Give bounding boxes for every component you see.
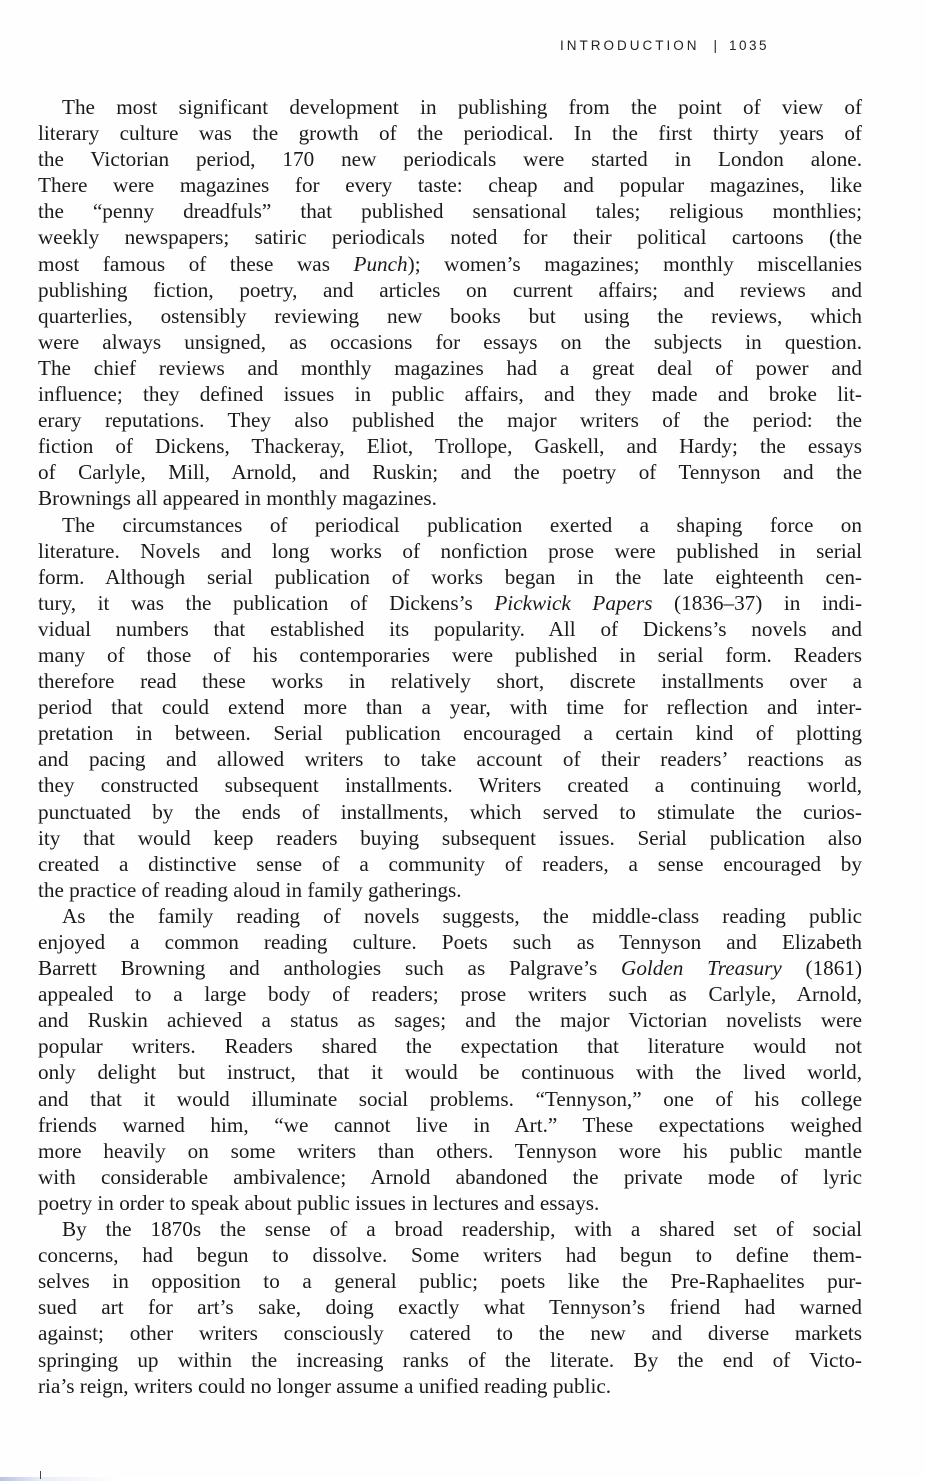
text-line: the Victorian period, 170 new periodical… [38,146,862,172]
text-line: Brownings all appeared in monthly magazi… [38,485,862,511]
text-line: appealed to a large body of readers; pro… [38,981,862,1007]
text-line: against; other writers consciously cater… [38,1320,862,1346]
text-line: friends warned him, “we cannot live in A… [38,1112,862,1138]
text-line: literature. Novels and long works of non… [38,538,862,564]
text-line: created a distinctive sense of a communi… [38,851,862,877]
text-line: more heavily on some writers than others… [38,1138,862,1164]
text-line: only delight but instruct, that it would… [38,1059,862,1085]
text-line: The most significant development in publ… [38,94,862,120]
text-line: selves in opposition to a general public… [38,1268,862,1294]
text-line: poetry in order to speak about public is… [38,1190,862,1216]
text-line: period that could extend more than a yea… [38,694,862,720]
text-line: with considerable ambivalence; Arnold ab… [38,1164,862,1190]
text-line: and Ruskin achieved a status as sages; a… [38,1007,862,1033]
text-line: of Carlyle, Mill, Arnold, and Ruskin; an… [38,459,862,485]
paragraph: The circumstances of periodical publicat… [38,512,862,903]
text-line: many of those of his contemporaries were… [38,642,862,668]
text-line: erary reputations. They also published t… [38,407,862,433]
text-line: and that it would illuminate social prob… [38,1086,862,1112]
text-line: sued art for art’s sake, doing exactly w… [38,1294,862,1320]
text-line: and pacing and allowed writers to take a… [38,746,862,772]
text-line: concerns, had begun to dissolve. Some wr… [38,1242,862,1268]
text-line: therefore read these works in relatively… [38,668,862,694]
text-line: ity that would keep readers buying subse… [38,825,862,851]
text-line: enjoyed a common reading culture. Poets … [38,929,862,955]
text-line: pretation in between. Serial publication… [38,720,862,746]
paragraph: As the family reading of novels suggests… [38,903,862,1216]
italic-title: Golden Treasury [621,956,782,980]
text-line: quarterlies, ostensibly reviewing new bo… [38,303,862,329]
text-line: weekly newspapers; satiric periodicals n… [38,224,862,250]
italic-title: Punch [354,252,408,276]
text-line: By the 1870s the sense of a broad reader… [38,1216,862,1242]
scan-edge [0,1477,925,1481]
text-line: fiction of Dickens, Thackeray, Eliot, Tr… [38,433,862,459]
text-line: were always unsigned, as occasions for e… [38,329,862,355]
text-line: the “penny dreadfuls” that published sen… [38,198,862,224]
paragraph: By the 1870s the sense of a broad reader… [38,1216,862,1399]
text-line: influence; they defined issues in public… [38,381,862,407]
text-line: punctuated by the ends of installments, … [38,799,862,825]
text-line: popular writers. Readers shared the expe… [38,1033,862,1059]
text-line: ria’s reign, writers could no longer ass… [38,1373,862,1399]
text-line: tury, it was the publication of Dickens’… [38,590,862,616]
text-line: form. Although serial publication of wor… [38,564,862,590]
page-number: 1035 [729,38,769,53]
paragraph: The most significant development in publ… [38,94,862,512]
header-separator: | [714,38,718,53]
text-line: As the family reading of novels suggests… [38,903,862,929]
text-line: the practice of reading aloud in family … [38,877,862,903]
text-line: literary culture was the growth of the p… [38,120,862,146]
running-head: INTRODUCTION|1035 [560,38,860,53]
text-line: Barrett Browning and anthologies such as… [38,955,862,981]
text-line: vidual numbers that established its popu… [38,616,862,642]
text-line: The chief reviews and monthly magazines … [38,355,862,381]
body-text: The most significant development in publ… [38,94,862,1399]
text-line: they constructed subsequent installments… [38,772,862,798]
text-line: There were magazines for every taste: ch… [38,172,862,198]
text-line: most famous of these was Punch); women’s… [38,251,862,277]
italic-title: Pickwick Papers [494,591,652,615]
section-title: INTRODUCTION [560,38,700,53]
text-line: springing up within the increasing ranks… [38,1347,862,1373]
scan-mark [40,1471,41,1479]
text-line: publishing fiction, poetry, and articles… [38,277,862,303]
text-line: The circumstances of periodical publicat… [38,512,862,538]
book-page: INTRODUCTION|1035 The most significant d… [0,0,925,1481]
